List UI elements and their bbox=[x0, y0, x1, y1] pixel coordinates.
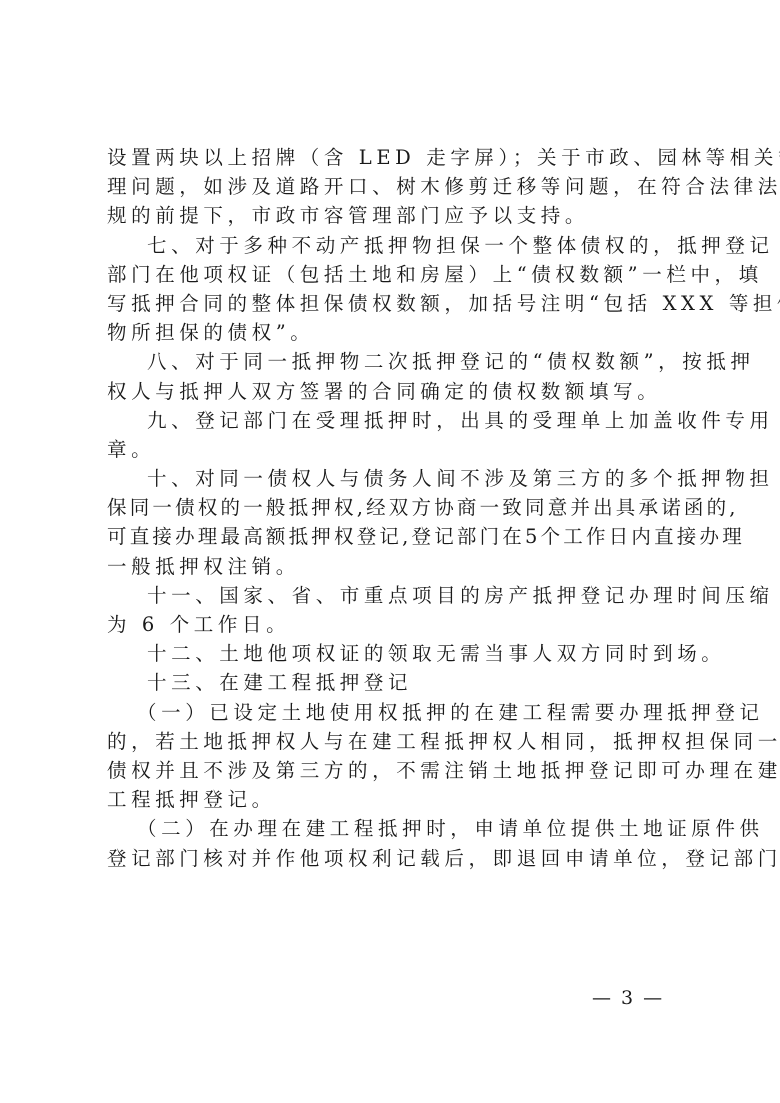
text-line: 规的前提下，市政市容管理部门应予以支持。 bbox=[107, 201, 673, 230]
text-line: 章。 bbox=[107, 435, 673, 464]
text-line: 理问题，如涉及道路开口、树木修剪迁移等问题，在符合法律法 bbox=[107, 172, 673, 201]
section-thirteen-heading: 十三、在建工程抵押登记 bbox=[107, 668, 673, 697]
paragraph-eight-start: 八、对于同一抵押物二次抵押登记的“债权数额”，按抵押 bbox=[107, 347, 673, 376]
paragraph-seven-start: 七、对于多种不动产抵押物担保一个整体债权的，抵押登记 bbox=[107, 231, 673, 260]
paragraph-nine-start: 九、登记部门在受理抵押时，出具的受理单上加盖收件专用 bbox=[107, 406, 673, 435]
paragraph-ten-start: 十、对同一债权人与债务人间不涉及第三方的多个抵押物担 bbox=[107, 464, 673, 493]
text-line: 保同一债权的一般抵押权,经双方协商一致同意并出具承诺函的, bbox=[107, 493, 673, 522]
text-line: 物所担保的债权”。 bbox=[107, 318, 673, 347]
text-line: 工程抵押登记。 bbox=[107, 785, 673, 814]
page-number: — 3 — bbox=[592, 987, 664, 1009]
text-line: 写抵押合同的整体担保债权数额，加括号注明“包括 XXX 等担保 bbox=[107, 289, 673, 318]
text-line: 一般抵押权注销。 bbox=[107, 552, 673, 581]
paragraph-eleven-start: 十一、国家、省、市重点项目的房产抵押登记办理时间压缩 bbox=[107, 581, 673, 610]
text-line: 债权并且不涉及第三方的，不需注销土地抵押登记即可办理在建 bbox=[107, 756, 673, 785]
text-line: 权人与抵押人双方签署的合同确定的债权数额填写。 bbox=[107, 377, 673, 406]
subitem-two-start: （二）在办理在建工程抵押时，申请单位提供土地证原件供 bbox=[107, 814, 673, 843]
text-line: 设置两块以上招牌（含 LED 走字屏）；关于市政、园林等相关管 bbox=[107, 143, 673, 172]
text-line: 部门在他项权证（包括土地和房屋）上“债权数额”一栏中，填 bbox=[107, 260, 673, 289]
subitem-one-start: （一）已设定土地使用权抵押的在建工程需要办理抵押登记 bbox=[107, 698, 673, 727]
text-line: 可直接办理最高额抵押权登记,登记部门在5个工作日内直接办理 bbox=[107, 522, 673, 551]
text-line: 为 6 个工作日。 bbox=[107, 610, 673, 639]
paragraph-twelve: 十二、土地他项权证的领取无需当事人双方同时到场。 bbox=[107, 639, 673, 668]
document-body: 设置两块以上招牌（含 LED 走字屏）；关于市政、园林等相关管 理问题，如涉及道… bbox=[107, 143, 673, 873]
document-page: 设置两块以上招牌（含 LED 走字屏）；关于市政、园林等相关管 理问题，如涉及道… bbox=[0, 0, 780, 1103]
text-line: 的，若土地抵押权人与在建工程抵押权人相同，抵押权担保同一 bbox=[107, 727, 673, 756]
text-line: 登记部门核对并作他项权利记载后，即退回申请单位，登记部门 bbox=[107, 844, 673, 873]
